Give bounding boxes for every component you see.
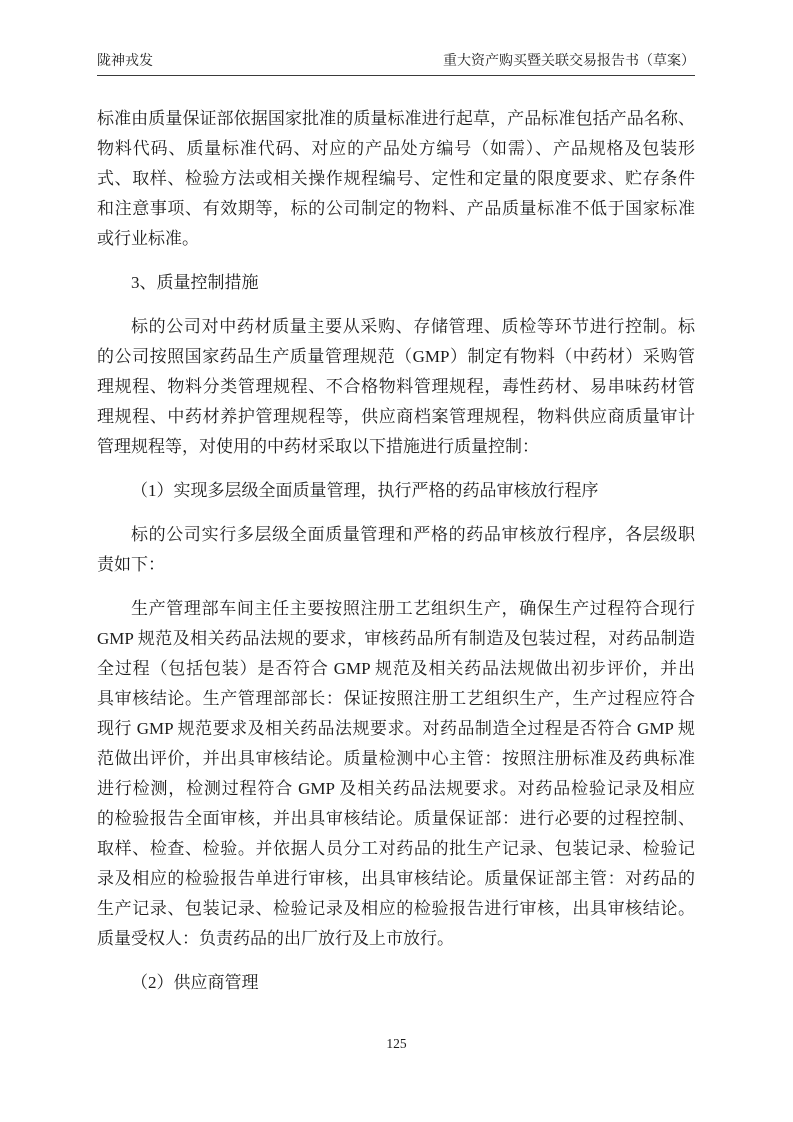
body-line: 理规程、中药材养护管理规程等，供应商档案管理规程，物料供应商质量审计 <box>97 402 695 432</box>
body-line: 责如下： <box>97 550 695 580</box>
body-line: 和注意事项、有效期等，标的公司制定的物料、产品质量标准不低于国家标准 <box>97 194 695 224</box>
body-line: 的公司按照国家药品生产质量管理规范（GMP）制定有物料（中药材）采购管 <box>97 342 695 372</box>
section-heading: 3、质量控制措施 <box>97 268 695 298</box>
page-footer: 125 <box>0 1036 793 1052</box>
body-line: 具审核结论。生产管理部部长：保证按照注册工艺组织生产，生产过程应符合 <box>97 684 695 714</box>
body-line: 录及相应的检验报告单进行审核，出具审核结论。质量保证部主管：对药品的 <box>97 864 695 894</box>
document-body: 标准由质量保证部依据国家批准的质量标准进行起草，产品标准包括产品名称、物料代码、… <box>97 104 695 1012</box>
section-heading: （2）供应商管理 <box>97 968 695 998</box>
header-report-title: 重大资产购买暨关联交易报告书（草案） <box>443 52 695 72</box>
paragraph: 生产管理部车间主任主要按照注册工艺组织生产，确保生产过程符合现行GMP 规范及相… <box>97 594 695 954</box>
body-line: 式、取样、检验方法或相关操作规程编号、定性和定量的限度要求、贮存条件 <box>97 164 695 194</box>
body-line: 进行检测，检测过程符合 GMP 及相关药品法规要求。对药品检验记录及相应 <box>97 774 695 804</box>
body-line: 全过程（包括包装）是否符合 GMP 规范及相关药品法规做出初步评价，并出 <box>97 654 695 684</box>
header-company-name: 陇神戎发 <box>97 52 153 72</box>
body-line: 生产管理部车间主任主要按照注册工艺组织生产，确保生产过程符合现行 <box>97 594 695 624</box>
section-heading: （1）实现多层级全面质量管理，执行严格的药品审核放行程序 <box>97 476 695 506</box>
paragraph: 标的公司对中药材质量主要从采购、存储管理、质检等环节进行控制。标的公司按照国家药… <box>97 312 695 462</box>
body-line: 管理规程等，对使用的中药材采取以下措施进行质量控制： <box>97 432 695 462</box>
body-line: 生产记录、包装记录、检验记录及相应的检验报告进行审核，出具审核结论。 <box>97 894 695 924</box>
body-line: 取样、检查、检验。并依据人员分工对药品的批生产记录、包装记录、检验记 <box>97 834 695 864</box>
document-page: 陇神戎发 重大资产购买暨关联交易报告书（草案） 标准由质量保证部依据国家批准的质… <box>0 0 793 1122</box>
paragraph: 标的公司实行多层级全面质量管理和严格的药品审核放行程序，各层级职责如下： <box>97 520 695 580</box>
body-line: 标准由质量保证部依据国家批准的质量标准进行起草，产品标准包括产品名称、 <box>97 104 695 134</box>
body-line: 物料代码、质量标准代码、对应的产品处方编号（如需）、产品规格及包装形 <box>97 134 695 164</box>
body-line: 质量受权人：负责药品的出厂放行及上市放行。 <box>97 924 695 954</box>
body-line: 范做出评价，并出具审核结论。质量检测中心主管：按照注册标准及药典标准 <box>97 744 695 774</box>
page-header: 陇神戎发 重大资产购买暨关联交易报告书（草案） <box>97 52 695 76</box>
page-number: 125 <box>386 1036 406 1051</box>
body-line: 现行 GMP 规范要求及相关药品法规要求。对药品制造全过程是否符合 GMP 规 <box>97 714 695 744</box>
body-line: 或行业标准。 <box>97 224 695 254</box>
body-line: 的检验报告全面审核，并出具审核结论。质量保证部：进行必要的过程控制、 <box>97 804 695 834</box>
body-line: 理规程、物料分类管理规程、不合格物料管理规程，毒性药材、易串味药材管 <box>97 372 695 402</box>
body-line: GMP 规范及相关药品法规的要求，审核药品所有制造及包装过程，对药品制造 <box>97 624 695 654</box>
body-line: 标的公司对中药材质量主要从采购、存储管理、质检等环节进行控制。标 <box>97 312 695 342</box>
paragraph: 标准由质量保证部依据国家批准的质量标准进行起草，产品标准包括产品名称、物料代码、… <box>97 104 695 254</box>
body-line: 标的公司实行多层级全面质量管理和严格的药品审核放行程序，各层级职 <box>97 520 695 550</box>
